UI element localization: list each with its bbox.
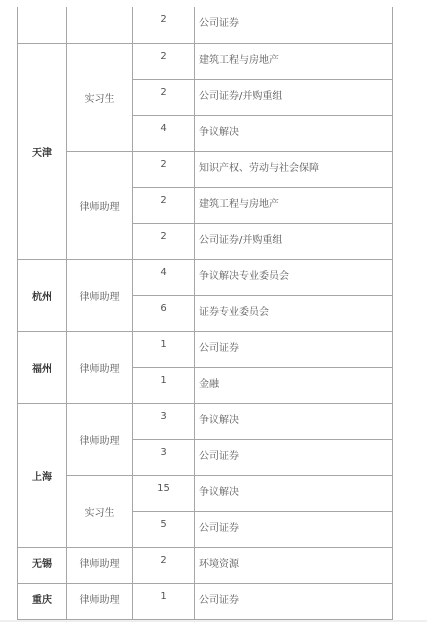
count-cell: 1	[133, 331, 195, 367]
role-cell: 律师助理	[67, 151, 133, 259]
role-cell	[67, 7, 133, 43]
count-cell: 1	[133, 583, 195, 619]
practice-area-cell: 建筑工程与房地产	[195, 43, 393, 79]
role-cell: 律师助理	[67, 583, 133, 619]
table-row: 律师助理 2 知识产权、劳动与社会保障	[18, 151, 393, 187]
table-row: 天津 实习生 2 建筑工程与房地产	[18, 43, 393, 79]
count-cell: 2	[133, 187, 195, 223]
table-row: 实习生 15 争议解决	[18, 475, 393, 511]
count-cell: 2	[133, 151, 195, 187]
count-cell: 3	[133, 439, 195, 475]
count-cell: 5	[133, 511, 195, 547]
role-cell: 律师助理	[67, 547, 133, 583]
practice-area-cell: 争议解决专业委员会	[195, 259, 393, 295]
practice-area-cell: 金融	[195, 367, 393, 403]
practice-area-cell: 争议解决	[195, 115, 393, 151]
table-row: 杭州 律师助理 4 争议解决专业委员会	[18, 259, 393, 295]
practice-area-cell: 环境资源	[195, 547, 393, 583]
city-cell: 无锡	[18, 547, 67, 583]
practice-area-cell: 公司证券	[195, 7, 393, 43]
practice-area-cell: 争议解决	[195, 475, 393, 511]
count-cell: 3	[133, 403, 195, 439]
table-row: 重庆 律师助理 1 公司证券	[18, 583, 393, 619]
practice-area-cell: 公司证券	[195, 511, 393, 547]
practice-area-cell: 公司证券	[195, 439, 393, 475]
practice-area-cell: 公司证券	[195, 331, 393, 367]
role-cell: 律师助理	[67, 259, 133, 331]
count-cell: 6	[133, 295, 195, 331]
city-cell	[18, 7, 67, 43]
city-cell: 天津	[18, 43, 67, 259]
count-cell: 4	[133, 115, 195, 151]
recruitment-table-container: 2 公司证券 天津 实习生 2 建筑工程与房地产 2 公司证券/并购重组 4 争…	[17, 7, 393, 620]
count-cell: 2	[133, 547, 195, 583]
city-cell: 福州	[18, 331, 67, 403]
count-cell: 2	[133, 79, 195, 115]
count-cell: 2	[133, 223, 195, 259]
practice-area-cell: 公司证券/并购重组	[195, 223, 393, 259]
role-cell: 实习生	[67, 475, 133, 547]
practice-area-cell: 知识产权、劳动与社会保障	[195, 151, 393, 187]
table-row: 2 公司证券	[18, 7, 393, 43]
city-cell: 重庆	[18, 583, 67, 619]
practice-area-cell: 建筑工程与房地产	[195, 187, 393, 223]
role-cell: 律师助理	[67, 403, 133, 475]
city-cell: 杭州	[18, 259, 67, 331]
recruitment-table: 2 公司证券 天津 实习生 2 建筑工程与房地产 2 公司证券/并购重组 4 争…	[17, 7, 393, 620]
table-row: 福州 律师助理 1 公司证券	[18, 331, 393, 367]
role-cell: 实习生	[67, 43, 133, 151]
role-cell: 律师助理	[67, 331, 133, 403]
count-cell: 15	[133, 475, 195, 511]
count-cell: 2	[133, 43, 195, 79]
count-cell: 4	[133, 259, 195, 295]
practice-area-cell: 证券专业委员会	[195, 295, 393, 331]
count-cell: 2	[133, 7, 195, 43]
practice-area-cell: 公司证券/并购重组	[195, 79, 393, 115]
count-cell: 1	[133, 367, 195, 403]
practice-area-cell: 争议解决	[195, 403, 393, 439]
table-row: 上海 律师助理 3 争议解决	[18, 403, 393, 439]
table-row: 无锡 律师助理 2 环境资源	[18, 547, 393, 583]
city-cell: 上海	[18, 403, 67, 547]
practice-area-cell: 公司证券	[195, 583, 393, 619]
